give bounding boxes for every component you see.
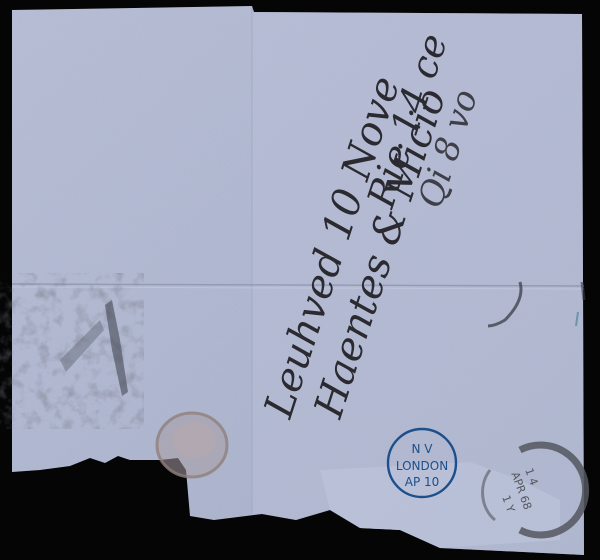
postal-cover-photo: Leuhved 10 Nove Haentes & Micio Rie 14 c… <box>0 0 600 560</box>
london-postmark-line-1: N V <box>412 442 434 456</box>
london-postmark-line-3: AP 10 <box>405 475 440 489</box>
cover-illustration: Leuhved 10 Nove Haentes & Micio Rie 14 c… <box>0 0 600 560</box>
london-postmark-line-2: LONDON <box>396 459 448 473</box>
ink-offset-stain <box>12 286 132 416</box>
wax-seal-remnant <box>157 413 227 477</box>
